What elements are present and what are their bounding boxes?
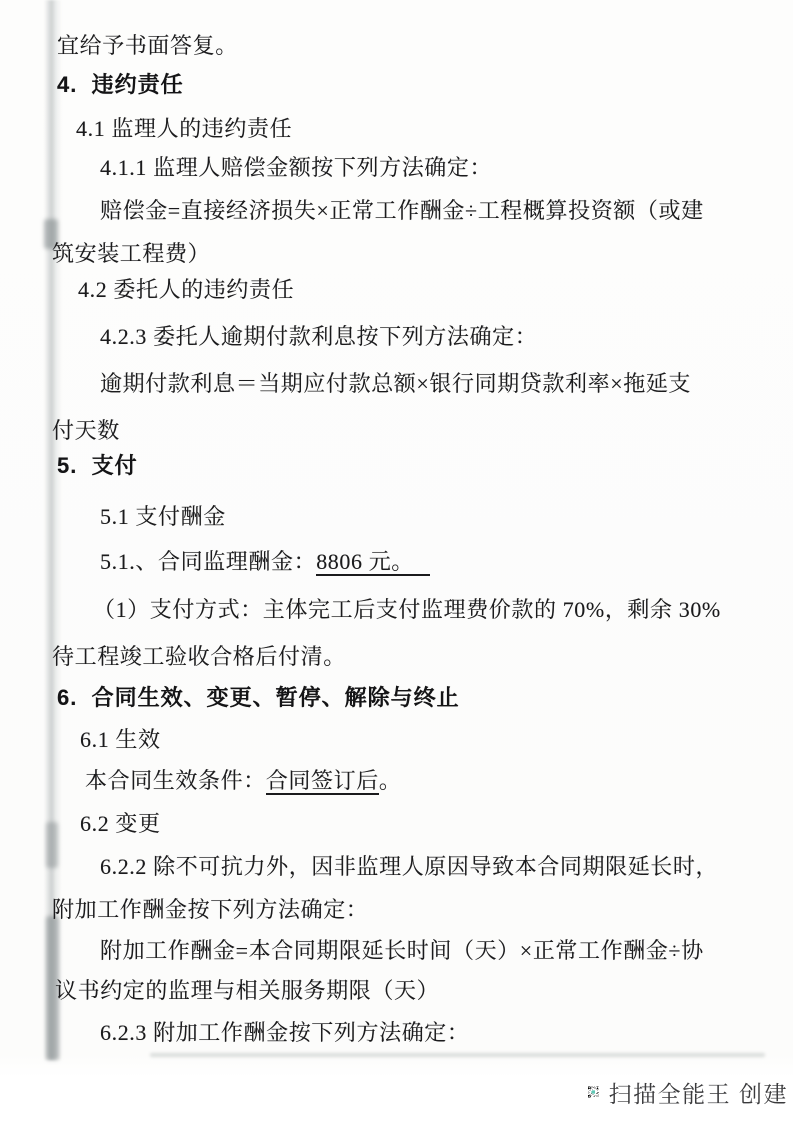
compensation-formula-line-2: 筑安装工程费） (52, 241, 210, 267)
clause-4-2-3: 4.2.3 委托人逾期付款利息按下列方法确定： (100, 324, 537, 350)
clause-5-1-title: 5.1 支付酬金 (100, 504, 226, 530)
clause-6-2-2-line-2: 附加工作酬金按下列方法确定： (52, 897, 368, 923)
camscanner-watermark-label: 扫描全能王 创建 (609, 1076, 788, 1109)
qr-code-icon (588, 1068, 599, 1116)
clause-6-2-title: 6.2 变更 (80, 811, 161, 837)
scanned-contract-page: 宜给予书面答复。 4. 违约责任 4.1 监理人的违约责任 4.1.1 监理人赔… (0, 0, 793, 1122)
additional-fee-formula-line-2: 议书约定的监理与相关服务期限（天） (55, 978, 439, 1004)
clause-4-2-title: 4.2 委托人的违约责任 (78, 277, 294, 303)
section-4-heading: 4. 违约责任 (57, 72, 184, 98)
condition-value-underlined: 合同签订后 (266, 768, 379, 795)
clause-4-1-title: 4.1 监理人的违约责任 (76, 116, 292, 142)
camscanner-watermark: 扫描全能王 创建 (588, 1066, 788, 1118)
contract-supervision-fee-line: 5.1.、合同监理酬金：8806 元。 (100, 549, 430, 575)
condition-label: 本合同生效条件： (85, 768, 266, 793)
additional-fee-formula-line-1: 附加工作酬金=本合同期限延长时间（天）×正常工作酬金÷协 (100, 938, 704, 964)
clause-continuation-line: 宜给予书面答复。 (57, 33, 238, 59)
clause-4-1-1: 4.1.1 监理人赔偿金额按下列方法确定： (100, 155, 492, 181)
overdue-interest-formula-line-1: 逾期付款利息＝当期应付款总额×银行同期贷款利率×拖延支 (100, 371, 691, 397)
effective-condition-line: 本合同生效条件：合同签订后。 (85, 768, 401, 794)
clause-6-2-3: 6.2.3 附加工作酬金按下列方法确定： (100, 1020, 470, 1046)
compensation-formula-line-1: 赔偿金=直接经济损失×正常工作酬金÷工程概算投资额（或建 (100, 198, 704, 224)
page-bottom-edge-shadow (150, 1053, 765, 1057)
scan-smudge (46, 822, 58, 868)
clause-6-2-2-line-1: 6.2.2 除不可抗力外，因非监理人原因导致本合同期限延长时， (100, 854, 718, 880)
payment-method-line-1: （1）支付方式：主体完工后支付监理费价款的 70%，剩余 30% (93, 597, 721, 623)
condition-period: 。 (379, 768, 402, 793)
section-5-heading: 5. 支付 (57, 453, 138, 479)
payment-method-line-2: 待工程竣工验收合格后付清。 (52, 644, 346, 670)
section-6-heading: 6. 合同生效、变更、暂停、解除与终止 (57, 685, 460, 711)
fee-label: 5.1.、合同监理酬金： (100, 549, 316, 574)
fee-amount-underlined: 8806 元。 (316, 549, 430, 576)
clause-6-1-title: 6.1 生效 (80, 727, 161, 753)
overdue-interest-formula-line-2: 付天数 (52, 418, 120, 444)
